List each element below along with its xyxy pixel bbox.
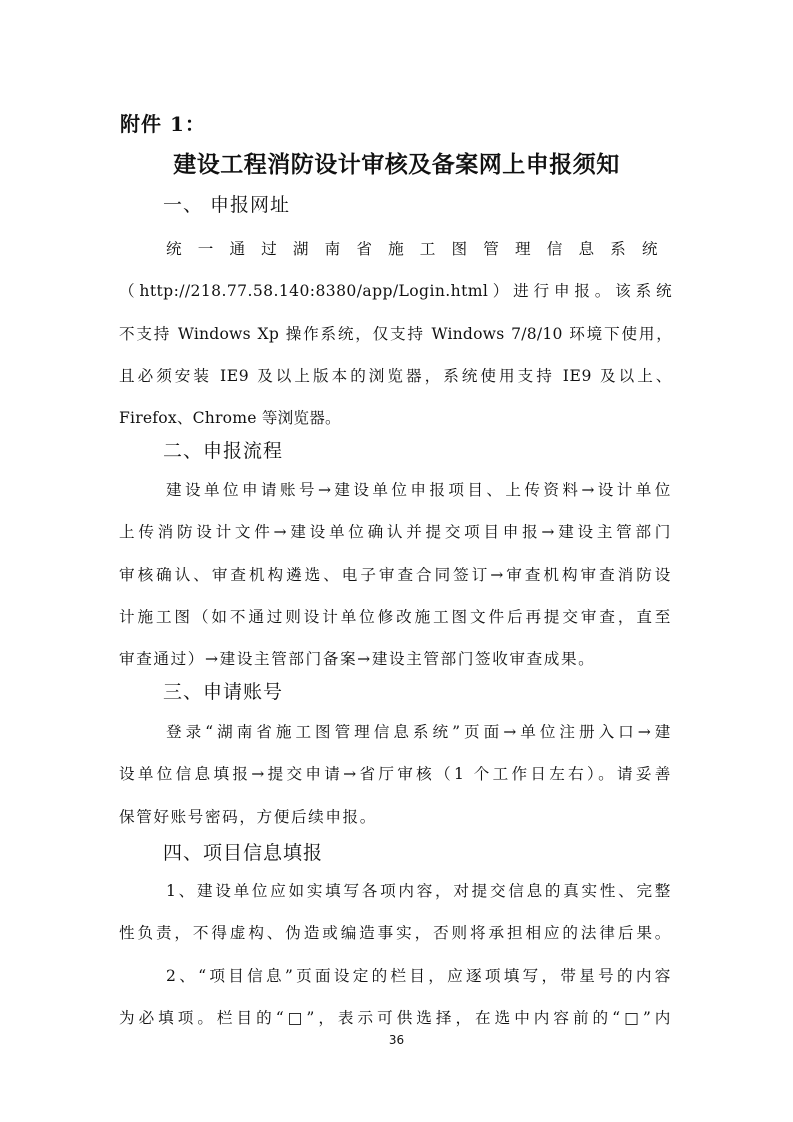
document-page: 附件 1： 建设工程消防设计审核及备案网上申报须知 一、 申报网址 统一通过湖南… bbox=[0, 0, 793, 1122]
text-line: 设单位信息填报→提交申请→省厅审核（1 个工作日左右）。请妥善 bbox=[119, 753, 672, 795]
document-title: 建设工程消防设计审核及备案网上申报须知 bbox=[0, 146, 793, 179]
section-body-1: 统一通过湖南省施工图管理信息系统 （http://218.77.58.140:8… bbox=[119, 228, 672, 439]
text-line: 1、建设单位应如实填写各项内容，对提交信息的真实性、完整 bbox=[119, 870, 672, 912]
section-heading-2: 二、申报流程 bbox=[163, 436, 283, 463]
section-heading-3: 三、申请账号 bbox=[163, 677, 283, 704]
section-body-2: 建设单位申请账号→建设单位申报项目、上传资料→设计单位 上传消防设计文件→建设单… bbox=[119, 469, 672, 680]
text-line: 审核确认、审查机构遴选、电子审查合同签订→审查机构审查消防设 bbox=[119, 554, 672, 596]
text-line: 登录“湖南省施工图管理信息系统”页面→单位注册入口→建 bbox=[119, 711, 672, 753]
text-line: 2、“项目信息”页面设定的栏目，应逐项填写，带星号的内容 bbox=[119, 955, 672, 997]
section-body-3: 登录“湖南省施工图管理信息系统”页面→单位注册入口→建 设单位信息填报→提交申请… bbox=[119, 711, 672, 838]
text-line: 性负责，不得虚构、伪造或编造事实，否则将承担相应的法律后果。 bbox=[119, 912, 672, 954]
text-line: 保管好账号密码，方便后续申报。 bbox=[119, 796, 672, 838]
text-line: 不支持 Windows Xp 操作系统，仅支持 Windows 7/8/10 环… bbox=[119, 313, 672, 355]
text-line: 统一通过湖南省施工图管理信息系统 bbox=[119, 228, 672, 270]
section-heading-1: 一、 申报网址 bbox=[163, 190, 290, 217]
section-heading-4: 四、项目信息填报 bbox=[163, 838, 323, 865]
annex-label: 附件 1： bbox=[120, 108, 206, 137]
text-line: Firefox、Chrome 等浏览器。 bbox=[119, 397, 672, 439]
text-line: 计施工图（如不通过则设计单位修改施工图文件后再提交审查，直至 bbox=[119, 596, 672, 638]
text-line: 审查通过）→建设主管部门备案→建设主管部门签收审查成果。 bbox=[119, 638, 672, 680]
text-line: 且必须安装 IE9 及以上版本的浏览器，系统使用支持 IE9 及以上、 bbox=[119, 355, 672, 397]
text-line: 上传消防设计文件→建设单位确认并提交项目申报→建设主管部门 bbox=[119, 511, 672, 553]
text-line: （http://218.77.58.140:8380/app/Login.htm… bbox=[119, 270, 672, 312]
text-line: 建设单位申请账号→建设单位申报项目、上传资料→设计单位 bbox=[119, 469, 672, 511]
page-number: 36 bbox=[0, 1033, 793, 1047]
section-body-4: 1、建设单位应如实填写各项内容，对提交信息的真实性、完整 性负责，不得虚构、伪造… bbox=[119, 870, 672, 1039]
